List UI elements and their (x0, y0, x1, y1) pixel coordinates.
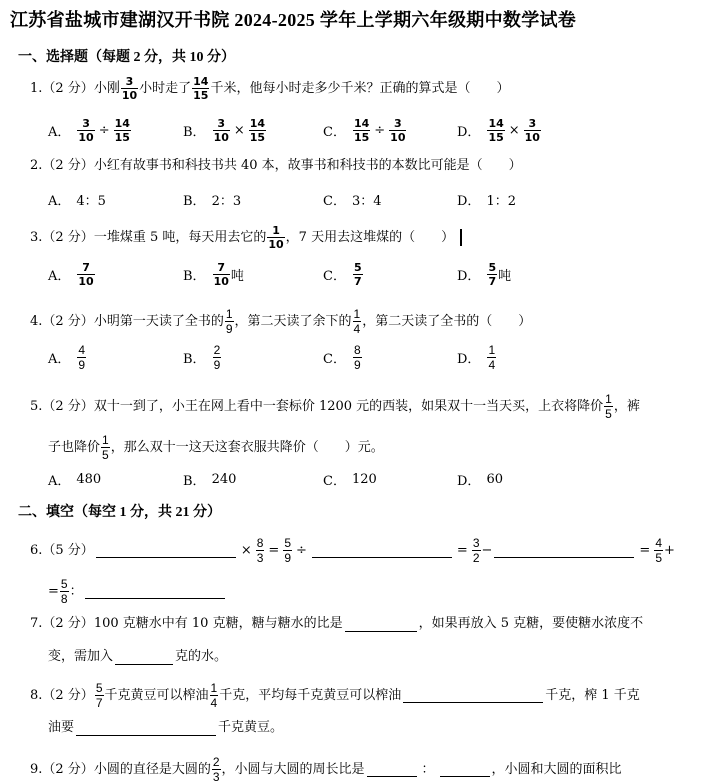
question-text: 千克，榨 1 千克 (545, 686, 640, 706)
question-score: （2 分） (42, 397, 93, 417)
option-c[interactable]: C．57 (323, 262, 364, 287)
answer-blank[interactable] (312, 543, 452, 558)
operator: = (268, 541, 279, 561)
question-number: 4. (30, 312, 42, 332)
option-label: B． (183, 470, 206, 489)
option-b[interactable]: B． 310 × 1415 (183, 118, 267, 143)
answer-blank[interactable] (96, 543, 236, 558)
question-text: 油要 (48, 718, 74, 738)
operator: + (664, 541, 675, 561)
question-9: 9. （2 分） 小圆的直径是大圆的 23 ，小圆与大圆的周长比是 ： ，小圆和… (30, 756, 622, 782)
fraction: 310 (121, 76, 138, 101)
question-score: （2 分） (42, 614, 93, 634)
fraction: 14 (353, 308, 362, 335)
option-value: 120 (352, 472, 377, 487)
option-b[interactable]: B．2：3 (183, 190, 241, 209)
question-number: 1. (30, 79, 42, 99)
option-label: D． (457, 470, 480, 489)
question-4: 4. （2 分） 小明第一天读了全书的 19 ，第二天读了余下的 14 ，第二天… (30, 308, 531, 335)
question-score: （2 分） (42, 312, 93, 332)
option-value: 2：3 (212, 190, 242, 209)
section-1-heading: 一、选择题（每题 2 分，共 10 分） (18, 46, 235, 66)
fraction: 110 (267, 225, 284, 250)
option-a[interactable]: A． 310 ÷ 1415 (48, 118, 132, 143)
answer-blank[interactable] (494, 543, 634, 558)
operator: ÷ (296, 541, 307, 561)
unit: 吨 (498, 265, 511, 284)
option-b[interactable]: B．240 (183, 470, 236, 489)
question-text: ，第二天读了余下的 (235, 312, 352, 332)
question-score: （2 分） (42, 156, 93, 176)
fraction: 19 (225, 308, 234, 335)
option-label: A． (48, 121, 70, 140)
operator: ： (70, 582, 83, 602)
operator: = (639, 541, 650, 561)
option-label: B． (183, 265, 206, 284)
operator: × (234, 123, 245, 138)
answer-blank[interactable] (76, 721, 216, 736)
answer-blank[interactable] (115, 650, 173, 665)
answer-blank[interactable] (367, 762, 417, 777)
option-c[interactable]: C． 1415 ÷ 310 (323, 118, 407, 143)
option-value: 60 (486, 472, 503, 487)
option-label: A． (48, 190, 70, 209)
option-value: 4：5 (76, 190, 106, 209)
question-text: ，裤 (614, 397, 640, 417)
question-text: 千克，平均每千克黄豆可以榨油 (219, 686, 401, 706)
question-number: 6. (30, 541, 42, 561)
option-d[interactable]: D． 1415 × 310 (457, 118, 542, 143)
option-a[interactable]: A．710 (48, 262, 96, 287)
option-value: 1：2 (486, 190, 516, 209)
question-3: 3. （2 分） 一堆煤重 5 吨，每天用去它的 110 ，7 天用去这堆煤的（… (30, 225, 462, 250)
option-b[interactable]: B．29 (183, 344, 222, 371)
option-label: C． (323, 470, 346, 489)
question-text: ，如果再放入 5 克糖，要使糖水浓度不 (419, 614, 644, 634)
operator: × (241, 541, 252, 561)
question-number: 9. (30, 760, 42, 780)
option-label: D． (457, 121, 480, 140)
fraction: 15 (604, 393, 613, 420)
question-text: ，7 天用去这堆煤的（ ） (286, 228, 454, 248)
answer-blank[interactable] (440, 762, 490, 777)
exam-title: 江苏省盐城市建湖汉开书院 2024-2025 学年上学期六年级期中数学试卷 (10, 6, 576, 32)
question-text: 小刚 (94, 79, 120, 99)
question-number: 3. (30, 228, 42, 248)
operator: = (48, 582, 59, 602)
question-text: ，第二天读了全书的（ ） (362, 312, 531, 332)
question-8: 8. （2 分） 57 千克黄豆可以榨油 14 千克，平均每千克黄豆可以榨油 千… (30, 682, 640, 709)
question-score: （2 分） (42, 79, 93, 99)
option-label: D． (457, 265, 480, 284)
operator: × (509, 123, 520, 138)
option-b[interactable]: B．710吨 (183, 262, 244, 287)
option-label: D． (457, 190, 480, 209)
option-c[interactable]: C．3：4 (323, 190, 382, 209)
option-label: C． (323, 190, 346, 209)
option-d[interactable]: D．1：2 (457, 190, 516, 209)
option-value: 480 (76, 472, 101, 487)
question-text: ，那么双十一这天这套衣服共降价（ ）元。 (111, 438, 384, 458)
question-text: 克的水。 (175, 647, 227, 667)
question-7: 7. （2 分） 100 克糖水中有 10 克糖，糖与糖水的比是 ，如果再放入 … (30, 614, 643, 634)
question-text: 千克黄豆可以榨油 (105, 686, 209, 706)
question-text: 小时走了 (139, 79, 191, 99)
option-c[interactable]: C．89 (323, 344, 363, 371)
question-text: ，小圆与大圆的周长比是 (222, 760, 365, 780)
question-score: （2 分） (42, 760, 93, 780)
question-5-line-2: 子也降价 15 ，那么双十一这天这套衣服共降价（ ）元。 (48, 434, 384, 461)
option-label: A． (48, 265, 70, 284)
question-score: （2 分） (42, 228, 93, 248)
question-score: （5 分） (42, 541, 93, 561)
question-1: 1. （2 分） 小刚 310 小时走了 1415 千米，他每小时走多少千米？正… (30, 76, 509, 101)
fraction: 1415 (192, 76, 209, 101)
question-number: 7. (30, 614, 42, 634)
option-label: C． (323, 265, 346, 284)
answer-blank[interactable] (85, 584, 225, 599)
question-text: 子也降价 (48, 438, 100, 458)
option-a[interactable]: A．49 (48, 344, 87, 371)
question-score: （2 分） (42, 686, 93, 706)
question-text: 一堆煤重 5 吨，每天用去它的 (94, 228, 267, 248)
operator: − (482, 541, 493, 561)
option-label: D． (457, 348, 480, 367)
question-text: 100 克糖水中有 10 克糖，糖与糖水的比是 (94, 614, 343, 634)
option-label: A． (48, 470, 70, 489)
text-cursor (460, 229, 462, 246)
question-text: 千米，他每小时走多少千米？正确的算式是（ ） (210, 79, 509, 99)
answer-blank[interactable] (403, 688, 543, 703)
question-number: 5. (30, 397, 42, 417)
option-label: C． (323, 121, 346, 140)
question-text: 双十一到了，小王在网上看中一套标价 1200 元的西装，如果双十一当天买，上衣将… (94, 397, 603, 417)
option-label: A． (48, 348, 70, 367)
option-d[interactable]: D．14 (457, 344, 497, 371)
question-text: ，小圆和大圆的面积比 (492, 760, 622, 780)
question-5: 5. （2 分） 双十一到了，小王在网上看中一套标价 1200 元的西装，如果双… (30, 393, 640, 420)
option-a[interactable]: A．4：5 (48, 190, 106, 209)
question-text: 千克黄豆。 (218, 718, 283, 738)
question-text: 小明第一天读了全书的 (94, 312, 224, 332)
option-value: 3：4 (352, 190, 382, 209)
question-6-line-2: = 58 ： (48, 578, 227, 605)
question-text: 变，需加入 (48, 647, 113, 667)
question-number: 8. (30, 686, 42, 706)
operator: ÷ (99, 123, 110, 138)
question-8-line-2: 油要 千克黄豆。 (48, 718, 283, 738)
question-number: 2. (30, 156, 42, 176)
operator: ÷ (374, 123, 385, 138)
option-c[interactable]: C．120 (323, 470, 377, 489)
unit: 吨 (231, 265, 244, 284)
answer-blank[interactable] (345, 617, 417, 632)
section-2-heading: 二、填空（每空 1 分，共 21 分） (18, 501, 221, 521)
operator: ： (422, 760, 435, 780)
question-7-line-2: 变，需加入 克的水。 (48, 647, 227, 667)
option-a[interactable]: A．480 (48, 470, 101, 489)
option-label: B． (183, 190, 206, 209)
question-text: 小红有故事书和科技书共 40 本，故事书和科技书的本数比可能是（ ） (94, 156, 522, 176)
fraction: 15 (101, 434, 110, 461)
option-label: C． (323, 348, 346, 367)
question-2: 2. （2 分） 小红有故事书和科技书共 40 本，故事书和科技书的本数比可能是… (30, 156, 522, 176)
option-label: B． (183, 348, 206, 367)
option-label: B． (183, 121, 206, 140)
option-d[interactable]: D．57吨 (457, 262, 511, 287)
operator: = (457, 541, 468, 561)
option-value: 240 (212, 472, 237, 487)
question-text: 小圆的直径是大圆的 (94, 760, 211, 780)
question-6: 6. （5 分） × 83 = 59 ÷ = 32 − = 45 + (30, 537, 675, 564)
option-d[interactable]: D．60 (457, 470, 503, 489)
